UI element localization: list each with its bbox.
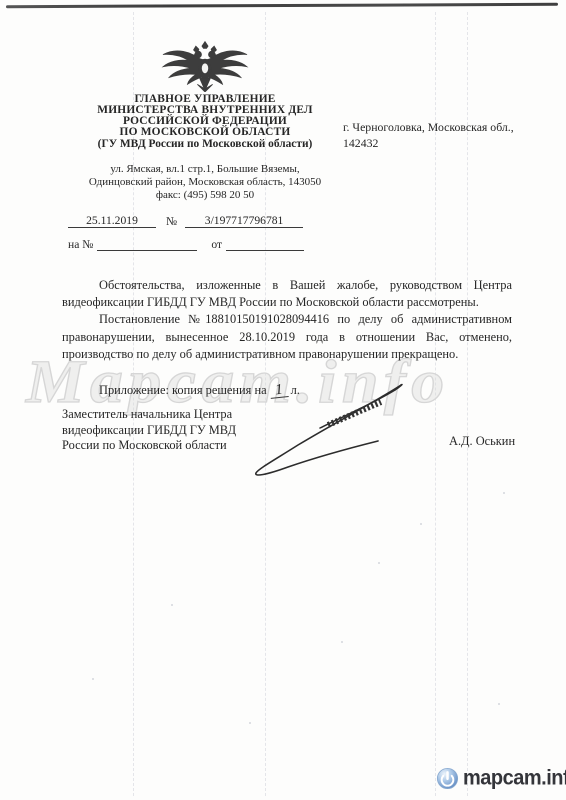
reference-block: 25.11.2019 № 3/197717796781 на № от bbox=[68, 209, 328, 251]
signature-flourish-icon bbox=[228, 362, 433, 480]
body-paragraph: Постановление №18810150191028094416 по д… bbox=[62, 311, 512, 363]
ot-label: от bbox=[211, 238, 222, 251]
letterhead: ГЛАВНОЕ УПРАВЛЕНИЕ МИНИСТЕРСТВА ВНУТРЕНН… bbox=[62, 40, 348, 202]
org-name-line: ПО МОСКОВСКОЙ ОБЛАСТИ bbox=[62, 127, 348, 138]
recipient-line: г. Черноголовка, Московская обл., bbox=[343, 119, 553, 135]
scan-speck bbox=[92, 678, 94, 680]
na-label: на № bbox=[68, 238, 93, 251]
org-address: ул. Ямская, вл.1 стр.1, Большие Вяземы, … bbox=[62, 163, 348, 202]
org-short-name: (ГУ МВД России по Московской области) bbox=[62, 139, 348, 150]
recipient-address: г. Черноголовка, Московская обл., 142432 bbox=[343, 119, 553, 151]
scan-speck bbox=[420, 523, 422, 525]
scan-speck bbox=[503, 492, 505, 494]
scan-speck bbox=[378, 562, 380, 564]
outgoing-ref-row: 25.11.2019 № 3/197717796781 bbox=[68, 209, 328, 228]
scan-edge-line bbox=[6, 3, 558, 8]
mapcam-branding[interactable]: mapcam.info bbox=[436, 767, 566, 790]
scan-speck bbox=[498, 703, 500, 705]
mvd-eagle-emblem-icon bbox=[159, 40, 251, 92]
letter-body: Обстоятельства, изложенные в Вашей жалоб… bbox=[62, 277, 512, 363]
org-address-line: факс: (495) 598 20 50 bbox=[62, 189, 348, 202]
letter-number: 3/197717796781 bbox=[185, 214, 303, 228]
incoming-ref-row: на № от bbox=[68, 232, 328, 251]
site-name[interactable]: mapcam.info bbox=[463, 766, 566, 791]
scanned-letter-page: Mapcam.info bbox=[0, 0, 566, 800]
incoming-number-blank bbox=[97, 250, 197, 251]
scan-speck bbox=[171, 604, 173, 606]
emblem-shield bbox=[202, 63, 208, 73]
letter-date: 25.11.2019 bbox=[68, 214, 156, 228]
signer-name: А.Д. Оськин bbox=[449, 434, 515, 449]
incoming-date-blank bbox=[226, 250, 304, 251]
org-address-line: Одинцовский район, Московская область, 1… bbox=[62, 176, 348, 189]
scan-speck bbox=[341, 641, 343, 643]
recipient-line: 142432 bbox=[343, 135, 553, 151]
number-sign: № bbox=[166, 215, 177, 228]
org-address-line: ул. Ямская, вл.1 стр.1, Большие Вяземы, bbox=[62, 163, 348, 176]
body-paragraph: Обстоятельства, изложенные в Вашей жалоб… bbox=[62, 277, 512, 311]
scan-speck bbox=[249, 722, 251, 724]
mapcam-logo-icon bbox=[436, 767, 459, 790]
